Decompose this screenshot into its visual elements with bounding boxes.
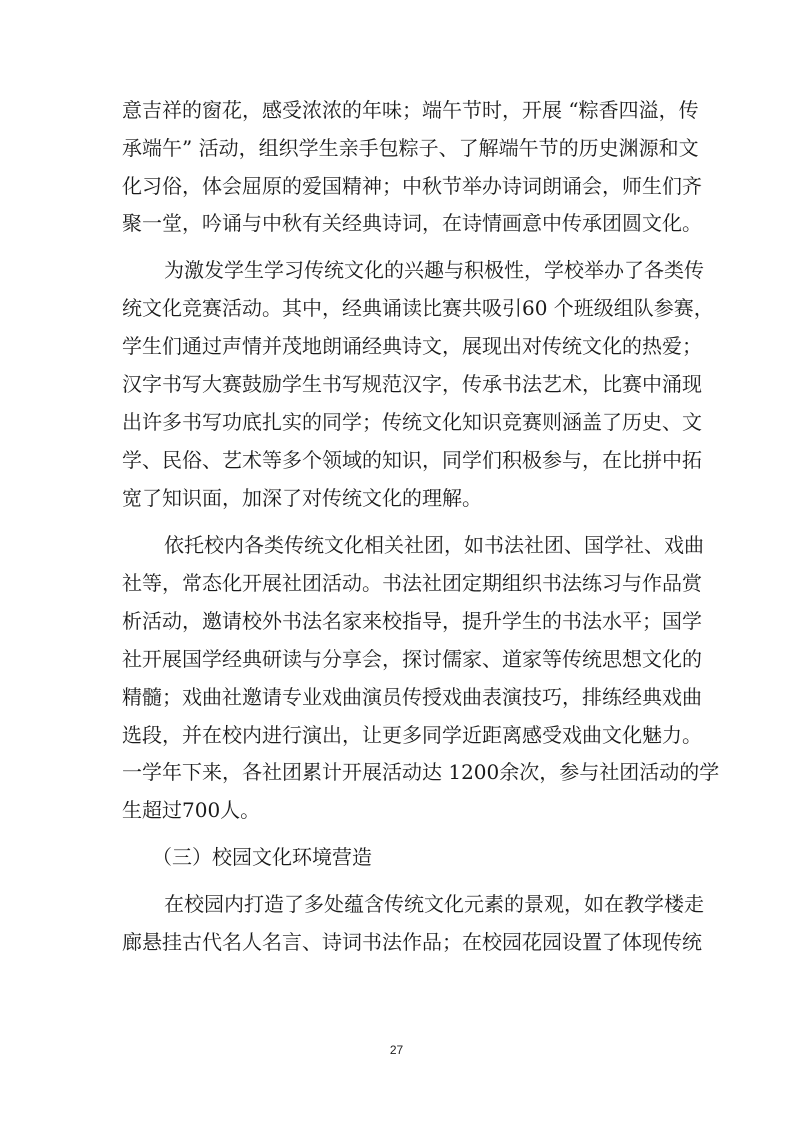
text-line: 汉字书写大赛鼓励学生书写规范汉字，传承书法艺术，比赛中涌现 [122,365,674,403]
text-line: 意吉祥的窗花，感受浓浓的年味；端午节时，开展 “粽香四溢，传 [122,91,674,129]
text-line: 析活动，邀请校外书法名家来校指导，提升学生的书法水平；国学 [122,602,674,640]
text-line: 学生们通过声情并茂地朗诵经典诗文，展现出对传统文化的热爱； [122,327,674,365]
text-line: 承端午” 活动，组织学生亲手包粽子、了解端午节的历史渊源和文 [122,129,674,167]
text-line: 学、民俗、艺术等多个领域的知识，同学们积极参与，在比拼中拓 [122,441,674,479]
text-line: 依托校内各类传统文化相关社团，如书法社团、国学社、戏曲 [164,526,674,564]
text-line: 廊悬挂古代名人名言、诗词书法作品；在校园花园设置了体现传统 [122,923,674,961]
text-line: 社等，常态化开展社团活动。书法社团定期组织书法练习与作品赏 [122,564,674,602]
text-line: 聚一堂，吟诵与中秋有关经典诗词，在诗情画意中传承团圆文化。 [122,204,674,242]
text-line: 选段，并在校内进行演出，让更多同学近距离感受戏曲文化魅力。 [122,716,674,754]
text-line: 精髓；戏曲社邀请专业戏曲演员传授戏曲表演技巧，排练经典戏曲 [122,678,674,716]
document-page: 意吉祥的窗花，感受浓浓的年味；端午节时，开展 “粽香四溢，传 承端午” 活动，组… [0,0,793,1122]
text-line: 生超过700人。 [122,791,674,829]
text-line: 化习俗，体会屈原的爱国精神；中秋节举办诗词朗诵会，师生们齐 [122,167,674,205]
text-line: 社开展国学经典研读与分享会，探讨儒家、道家等传统思想文化的 [122,640,674,678]
text-line: 宽了知识面，加深了对传统文化的理解。 [122,479,674,517]
text-line: 统文化竞赛活动。其中，经典诵读比赛共吸引60 个班级组队参赛， [122,289,674,327]
text-line: 一学年下来，各社团累计开展活动达 1200余次，参与社团活动的学 [122,753,674,791]
text-line: 在校园内打造了多处蕴含传统文化元素的景观，如在教学楼走 [164,885,674,923]
page-number: 27 [0,1043,793,1057]
section-heading: （三）校园文化环境营造 [152,838,662,876]
text-line: 为激发学生学习传统文化的兴趣与积极性，学校举办了各类传 [164,251,674,289]
text-line: 出许多书写功底扎实的同学；传统文化知识竞赛则涵盖了历史、文 [122,403,674,441]
